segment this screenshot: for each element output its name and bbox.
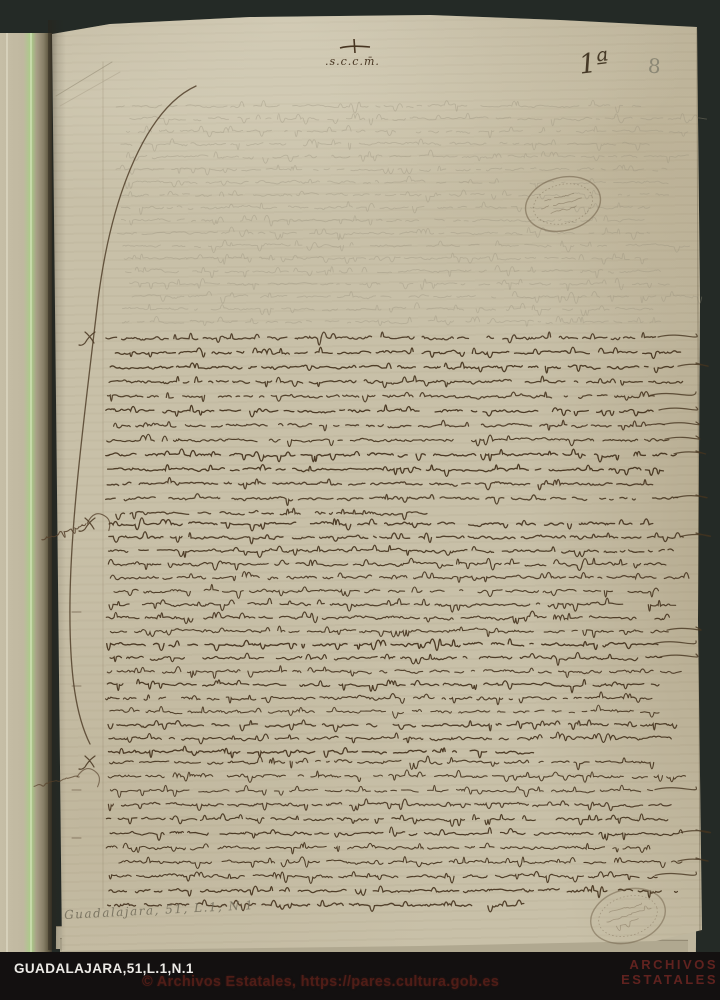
watermark-line1: ARCHIVOS [621,957,718,972]
margin-note [40,511,112,554]
paragraph-3 [79,756,711,912]
margin-note [33,766,101,799]
handwriting-layer [0,0,720,1000]
margin-dashes [72,612,81,838]
page-edge-lines [56,28,700,932]
bleedthrough-text [116,100,707,326]
scan-viewport: .s.c.c.m̄. 1ª 8 Guadalajara, 51, L.1, N.… [0,0,720,1000]
invocation-cross-icon [338,38,374,56]
copyright-watermark: © Archivos Estatales, https://pares.cult… [142,974,499,990]
superscription: .s.c.c.m̄. [325,55,380,68]
archivos-estatales-watermark: ARCHIVOS ESTATALES [621,957,718,987]
watermark-line2: ESTATALES [621,972,718,987]
footer-bar: GUADALAJARA,51,L.1,N.1 © Archivos Estata… [0,952,720,1000]
paragraph-2 [79,518,711,758]
page-number: 1ª [577,46,611,80]
folio-number: 8 [647,54,661,79]
paragraph-1 [79,332,708,520]
